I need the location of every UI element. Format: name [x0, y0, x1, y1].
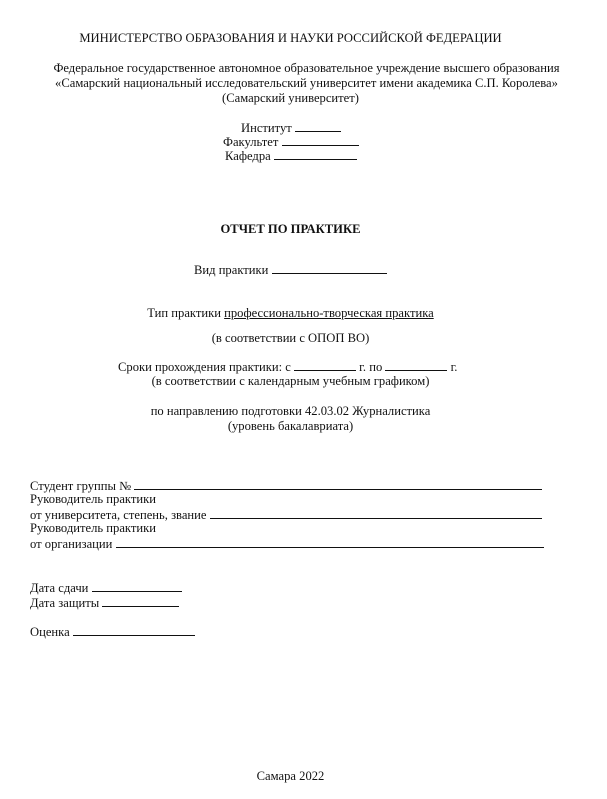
period-end-label: г. — [451, 360, 458, 374]
faculty-label: Факультет — [223, 135, 278, 149]
institute-blank[interactable] — [295, 120, 341, 132]
submission-date-field: Дата сдачи — [30, 580, 182, 596]
practice-type-value: профессионально-творческая практика — [224, 306, 434, 320]
training-direction: по направлению подготовки 42.03.02 Журна… — [0, 404, 581, 419]
supervisor-organization-label-1: Руководитель практики — [30, 521, 156, 536]
period-start-blank[interactable] — [294, 359, 356, 371]
supervisor-organization-field: от организации — [30, 536, 544, 552]
submission-date-label: Дата сдачи — [30, 581, 88, 595]
department-label: Кафедра — [225, 149, 271, 163]
supervisor-university-label-1: Руководитель практики — [30, 492, 156, 507]
student-group-blank[interactable] — [134, 478, 542, 490]
practice-type-note: (в соответствии с ОПОП ВО) — [0, 331, 581, 346]
institute-label: Институт — [241, 121, 292, 135]
defense-date-blank[interactable] — [102, 595, 179, 607]
period-mid-label: г. по — [359, 360, 382, 374]
grade-blank[interactable] — [73, 624, 195, 636]
practice-type-label: Тип практики — [147, 306, 221, 320]
education-level: (уровень бакалавриата) — [0, 419, 581, 434]
supervisor-organization-label-2: от организации — [30, 537, 112, 551]
practice-kind-blank[interactable] — [272, 262, 387, 274]
faculty-blank[interactable] — [282, 134, 359, 146]
practice-period-note: (в соответствии с календарным учебным гр… — [0, 374, 581, 389]
grade-field: Оценка — [30, 624, 195, 640]
city-year: Самара 2022 — [0, 769, 581, 784]
practice-kind-field: Вид практики — [194, 262, 387, 278]
supervisor-university-label-2: от университета, степень, звание — [30, 508, 207, 522]
institution-line-1: Федеральное государственное автономное о… — [8, 61, 605, 76]
defense-date-label: Дата защиты — [30, 596, 99, 610]
ministry-heading: МИНИСТЕРСТВО ОБРАЗОВАНИЯ И НАУКИ РОССИЙС… — [0, 31, 581, 46]
practice-type-field: Тип практики профессионально-творческая … — [0, 306, 581, 321]
institution-line-2: «Самарский национальный исследовательски… — [8, 76, 605, 91]
submission-date-blank[interactable] — [92, 580, 182, 592]
supervisor-university-blank[interactable] — [210, 507, 542, 519]
department-blank[interactable] — [274, 148, 357, 160]
report-title: ОТЧЕТ ПО ПРАКТИКЕ — [0, 222, 581, 237]
institution-short-name: (Самарский университет) — [0, 91, 581, 106]
practice-kind-label: Вид практики — [194, 263, 268, 277]
practice-period-field: Сроки прохождения практики: с г. по г. — [118, 359, 457, 375]
period-end-blank[interactable] — [385, 359, 447, 371]
practice-period-label: Сроки прохождения практики: с — [118, 360, 291, 374]
department-field: Кафедра — [225, 148, 357, 164]
student-group-label: Студент группы № — [30, 479, 131, 493]
grade-label: Оценка — [30, 625, 70, 639]
supervisor-organization-blank[interactable] — [116, 536, 544, 548]
defense-date-field: Дата защиты — [30, 595, 179, 611]
